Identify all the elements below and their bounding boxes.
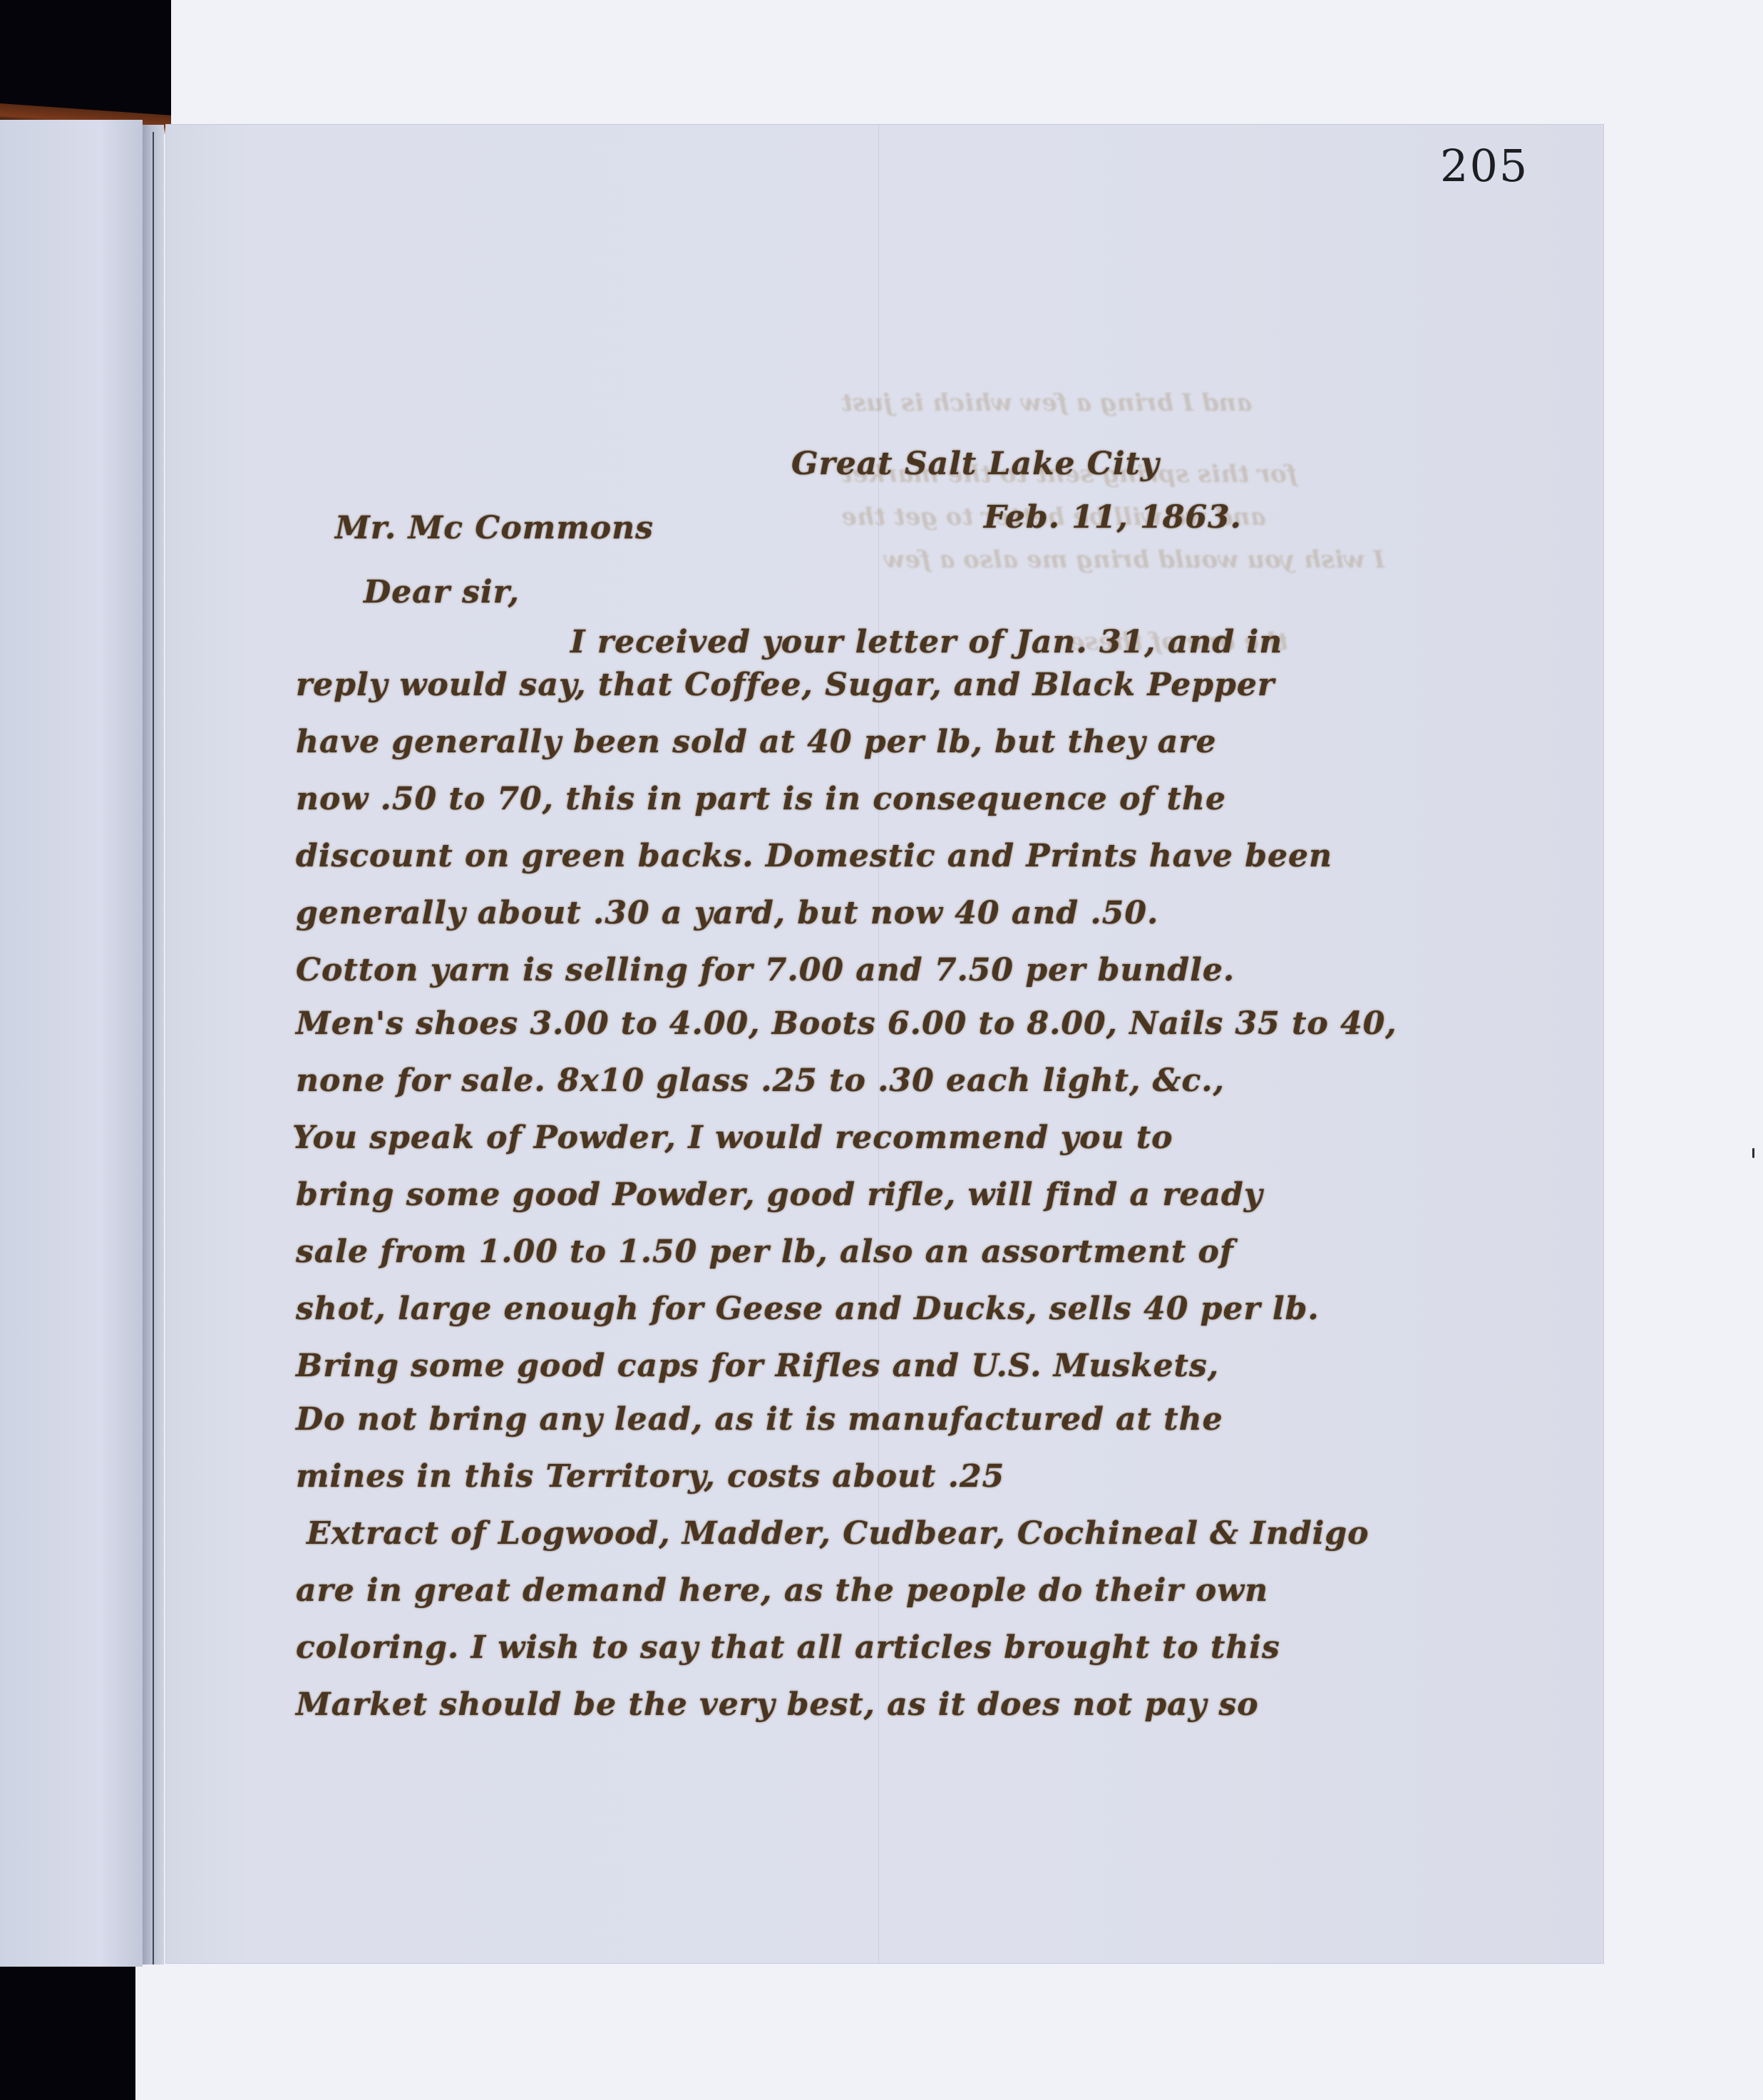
letter-line: coloring. I wish to say that all article… [296, 1629, 1280, 1666]
stray-ink-mark [1752, 1148, 1754, 1158]
letter-line: Bring some good caps for Rifles and U.S.… [296, 1348, 1219, 1384]
bleed-through-line: and I bring a few which is just [841, 389, 1252, 417]
page-number: 205 [1440, 140, 1528, 192]
letter-line: now .50 to 70, this in part is in conseq… [296, 781, 1226, 817]
letter-line: bring some good Powder, good rifle, will… [296, 1177, 1263, 1213]
letter-line: You speak of Powder, I would recommend y… [292, 1120, 1173, 1156]
letter-line: are in great demand here, as the people … [296, 1572, 1268, 1609]
letter-line: discount on green backs. Domestic and Pr… [296, 838, 1332, 874]
letter-line: Cotton yarn is selling for 7.00 and 7.50… [296, 952, 1235, 988]
letter-line: shot, large enough for Geese and Ducks, … [296, 1291, 1320, 1327]
bleed-through-line: I wish you would bring me also a few [884, 546, 1384, 574]
letter-line: I received your letter of Jan. 31, and i… [570, 624, 1283, 660]
book-cover-bottom [0, 1965, 135, 2100]
letter-salutation: Dear sir, [364, 574, 520, 610]
letter-date: Feb. 11, 1863. [984, 499, 1242, 536]
letter-line: Extract of Logwood, Madder, Cudbear, Coc… [307, 1515, 1369, 1552]
letter-line: Market should be the very best, as it do… [296, 1686, 1259, 1723]
letter-line: sale from 1.00 to 1.50 per lb, also an a… [296, 1234, 1234, 1270]
letter-line: Do not bring any lead, as it is manufact… [296, 1401, 1223, 1438]
letter-line: mines in this Territory, costs about .25 [296, 1458, 1004, 1495]
gutter-crease [153, 132, 154, 1965]
letter-place: Great Salt Lake City [791, 446, 1159, 482]
scanner-background-bottom [135, 1965, 1763, 2100]
letter-line: generally about .30 a yard, but now 40 a… [296, 895, 1158, 931]
letter-line: none for sale. 8x10 glass .25 to .30 eac… [296, 1062, 1225, 1099]
facing-page-left [0, 120, 143, 1967]
letter-recipient: Mr. Mc Commons [335, 510, 654, 546]
letter-line: reply would say, that Coffee, Sugar, and… [296, 667, 1275, 703]
letter-line: have generally been sold at 40 per lb, b… [296, 724, 1216, 760]
letter-line: Men's shoes 3.00 to 4.00, Boots 6.00 to … [296, 1005, 1397, 1042]
book-cover-top [0, 0, 171, 120]
